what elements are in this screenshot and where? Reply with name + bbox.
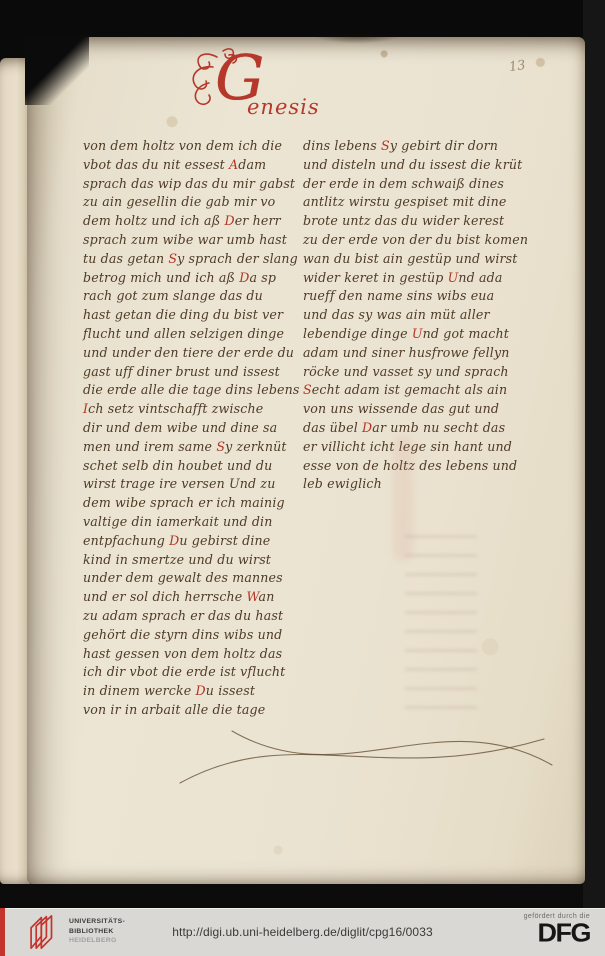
manuscript-line: dem wibe sprach er ich mainig (83, 494, 301, 513)
manuscript-line: gehört die styrn dins wibs und (83, 626, 301, 645)
manuscript-line: entpfachung Du gebirst dine (83, 532, 301, 551)
ink-text: ich dir vbot die erde ist vflucht (83, 664, 285, 679)
manuscript-line: röcke und vasset sy und sprach (303, 363, 521, 382)
ink-text: brote untz das du wider kerest (303, 213, 504, 228)
ink-text: zu der erde von der du bist komen (303, 232, 528, 247)
ink-text: entpfachung (83, 533, 169, 548)
folio-number: 13 (508, 58, 526, 75)
manuscript-line: tu das getan Sy sprach der slang (83, 250, 301, 269)
rubric-initial: U (448, 270, 459, 285)
ink-text: zu ain gesellin die gab mir vo (83, 194, 275, 209)
manuscript-line: dins lebens Sy gebirt dir dorn (303, 137, 521, 156)
manuscript-line: sprach das wip das du mir gabst (83, 175, 301, 194)
ink-text: men und irem same (83, 439, 216, 454)
pen-flourish (172, 687, 562, 797)
ink-text: leb ewiglich (303, 476, 382, 491)
manuscript-line: hast getan die ding du bist ver (83, 306, 301, 325)
ink-text: flucht und allen selzigen dinge (83, 326, 284, 341)
manuscript-line: valtige din iamerkait und din (83, 513, 301, 532)
ink-text: dir und dem wibe und dine sa (83, 420, 277, 435)
manuscript-line: hast gessen von dem holtz das (83, 645, 301, 664)
rubric-initial: A (229, 157, 238, 172)
manuscript-page: G enesis 13 von dem holtz von dem ich di… (27, 37, 585, 884)
ink-text: die erde alle die tage dins lebens (83, 382, 300, 397)
ink-text: und er sol dich herrsche (83, 589, 247, 604)
manuscript-line: und das sy was ain müt aller (303, 306, 521, 325)
rubric-initial: D (169, 533, 179, 548)
manuscript-line: gast uff diner brust und issest (83, 363, 301, 382)
ink-text: valtige din iamerkait und din (83, 514, 272, 529)
ink-text: betrog mich und ich aß (83, 270, 239, 285)
manuscript-line: rueff den name sins wibs eua (303, 287, 521, 306)
rubric-initial: W (247, 589, 259, 604)
ink-text: wider keret in gestüp (303, 270, 448, 285)
manuscript-line: zu adam sprach er das du hast (83, 607, 301, 626)
manuscript-line: Ich setz vintschafft zwische (83, 400, 301, 419)
ink-text: under dem gewalt des mannes (83, 570, 283, 585)
manuscript-line: men und irem same Sy zerknüt (83, 438, 301, 457)
rubric-initial: D (239, 270, 249, 285)
ink-text: nd got macht (423, 326, 509, 341)
ink-text: vbot das du nit essest (83, 157, 229, 172)
ink-text: hast getan die ding du bist ver (83, 307, 283, 322)
manuscript-line: wider keret in gestüp Und ada (303, 269, 521, 288)
manuscript-line: brote untz das du wider kerest (303, 212, 521, 231)
manuscript-line: lebendige dinge Und got macht (303, 325, 521, 344)
ink-text: ar umb nu secht das (372, 420, 505, 435)
manuscript-line: antlitz wirstu gespiset mit dine (303, 193, 521, 212)
manuscript-line: kind in smertze und du wirst (83, 551, 301, 570)
rubric-initial: S (303, 382, 312, 397)
ink-text: y gebirt dir dorn (390, 138, 498, 153)
ink-text: gast uff diner brust und issest (83, 364, 280, 379)
manuscript-line: zu der erde von der du bist komen (303, 231, 521, 250)
manuscript-line: der erde in dem schwaiß dines (303, 175, 521, 194)
ink-text: sprach zum wibe war umb hast (83, 232, 287, 247)
manuscript-line: sprach zum wibe war umb hast (83, 231, 301, 250)
manuscript-line: betrog mich und ich aß Da sp (83, 269, 301, 288)
manuscript-line: dem holtz und ich aß Der herr (83, 212, 301, 231)
ink-text: an (259, 589, 275, 604)
manuscript-line: schet selb din houbet und du (83, 457, 301, 476)
ink-text: dins lebens (303, 138, 381, 153)
ink-text: ch setz vintschafft zwische (88, 401, 263, 416)
manuscript-line: von uns wissende das gut und (303, 400, 521, 419)
ink-text: y sprach der slang (177, 251, 298, 266)
rubric-initial: D (224, 213, 234, 228)
ink-text: nd ada (458, 270, 502, 285)
ink-text: schet selb din houbet und du (83, 458, 272, 473)
rubric-initial: S (216, 439, 225, 454)
ink-text: rueff den name sins wibs eua (303, 288, 494, 303)
ink-text: der erde in dem schwaiß dines (303, 176, 504, 191)
show-through-text (405, 535, 477, 723)
manuscript-line: Secht adam ist gemacht als ain (303, 381, 521, 400)
manuscript-line: ich dir vbot die erde ist vflucht (83, 663, 301, 682)
manuscript-line: wirst trage ire versen Und zu (83, 475, 301, 494)
text-column-left: von dem holtz von dem ich dievbot das du… (83, 137, 301, 720)
ink-text: und das sy was ain müt aller (303, 307, 490, 322)
ink-text: das übel (303, 420, 362, 435)
ink-text: er herr (235, 213, 281, 228)
persistent-url: http://digi.ub.uni-heidelberg.de/diglit/… (0, 925, 605, 939)
backdrop-band (583, 0, 605, 910)
show-through-smudge (393, 435, 413, 561)
dfg-branding: gefördert durch die DFG (524, 913, 590, 947)
ink-text: wirst trage ire versen Und zu (83, 476, 275, 491)
manuscript-line: wan du bist ain gestüp und wirst (303, 250, 521, 269)
facing-page-edge (0, 58, 30, 884)
ink-text: und under den tiere der erde du (83, 345, 294, 360)
ink-text: a sp (250, 270, 277, 285)
ink-text: wan du bist ain gestüp und wirst (303, 251, 518, 266)
ink-text: tu das getan (83, 251, 168, 266)
dfg-logo: DFG (524, 922, 590, 946)
manuscript-line: und under den tiere der erde du (83, 344, 301, 363)
ink-text: rach got zum slange das du (83, 288, 263, 303)
manuscript-line: die erde alle die tage dins lebens (83, 381, 301, 400)
ink-text: dam (238, 157, 266, 172)
manuscript-line: adam und siner husfrowe fellyn (303, 344, 521, 363)
ink-text: gehört die styrn dins wibs und (83, 627, 282, 642)
ink-text: antlitz wirstu gespiset mit dine (303, 194, 506, 209)
manuscript-scan-viewport: G enesis 13 von dem holtz von dem ich di… (0, 0, 605, 956)
manuscript-line: von dem holtz von dem ich die (83, 137, 301, 156)
manuscript-line: das übel Dar umb nu secht das (303, 419, 521, 438)
ink-text: echt adam ist gemacht als ain (312, 382, 507, 397)
ink-text: von uns wissende das gut und (303, 401, 499, 416)
ink-text: und disteln und du issest die krüt (303, 157, 522, 172)
manuscript-line: rach got zum slange das du (83, 287, 301, 306)
ink-text: lebendige dinge (303, 326, 412, 341)
ink-text: röcke und vasset sy und sprach (303, 364, 509, 379)
rubric-initial: D (362, 420, 372, 435)
heading-text: enesis (247, 97, 320, 118)
rubric-initial: U (412, 326, 423, 341)
footer-bar: UNIVERSITÄTS- BIBLIOTHEK HEIDELBERG http… (0, 908, 605, 956)
manuscript-line: zu ain gesellin die gab mir vo (83, 193, 301, 212)
ink-text: u gebirst dine (179, 533, 270, 548)
rubric-initial: S (381, 138, 390, 153)
ink-text: adam und siner husfrowe fellyn (303, 345, 509, 360)
ink-text: hast gessen von dem holtz das (83, 646, 282, 661)
manuscript-line: flucht und allen selzigen dinge (83, 325, 301, 344)
manuscript-line: under dem gewalt des mannes (83, 569, 301, 588)
manuscript-line: dir und dem wibe und dine sa (83, 419, 301, 438)
genesis-heading: G enesis (179, 39, 329, 149)
manuscript-line: und er sol dich herrsche Wan (83, 588, 301, 607)
manuscript-line: vbot das du nit essest Adam (83, 156, 301, 175)
ink-text: dem holtz und ich aß (83, 213, 224, 228)
ink-text: zu adam sprach er das du hast (83, 608, 283, 623)
ink-text: y zerknüt (225, 439, 287, 454)
ink-text: dem wibe sprach er ich mainig (83, 495, 285, 510)
ink-text: von dem holtz von dem ich die (83, 138, 282, 153)
manuscript-line: und disteln und du issest die krüt (303, 156, 521, 175)
rubric-initial: S (168, 251, 177, 266)
ink-text: kind in smertze und du wirst (83, 552, 271, 567)
ink-text: sprach das wip das du mir gabst (83, 176, 295, 191)
